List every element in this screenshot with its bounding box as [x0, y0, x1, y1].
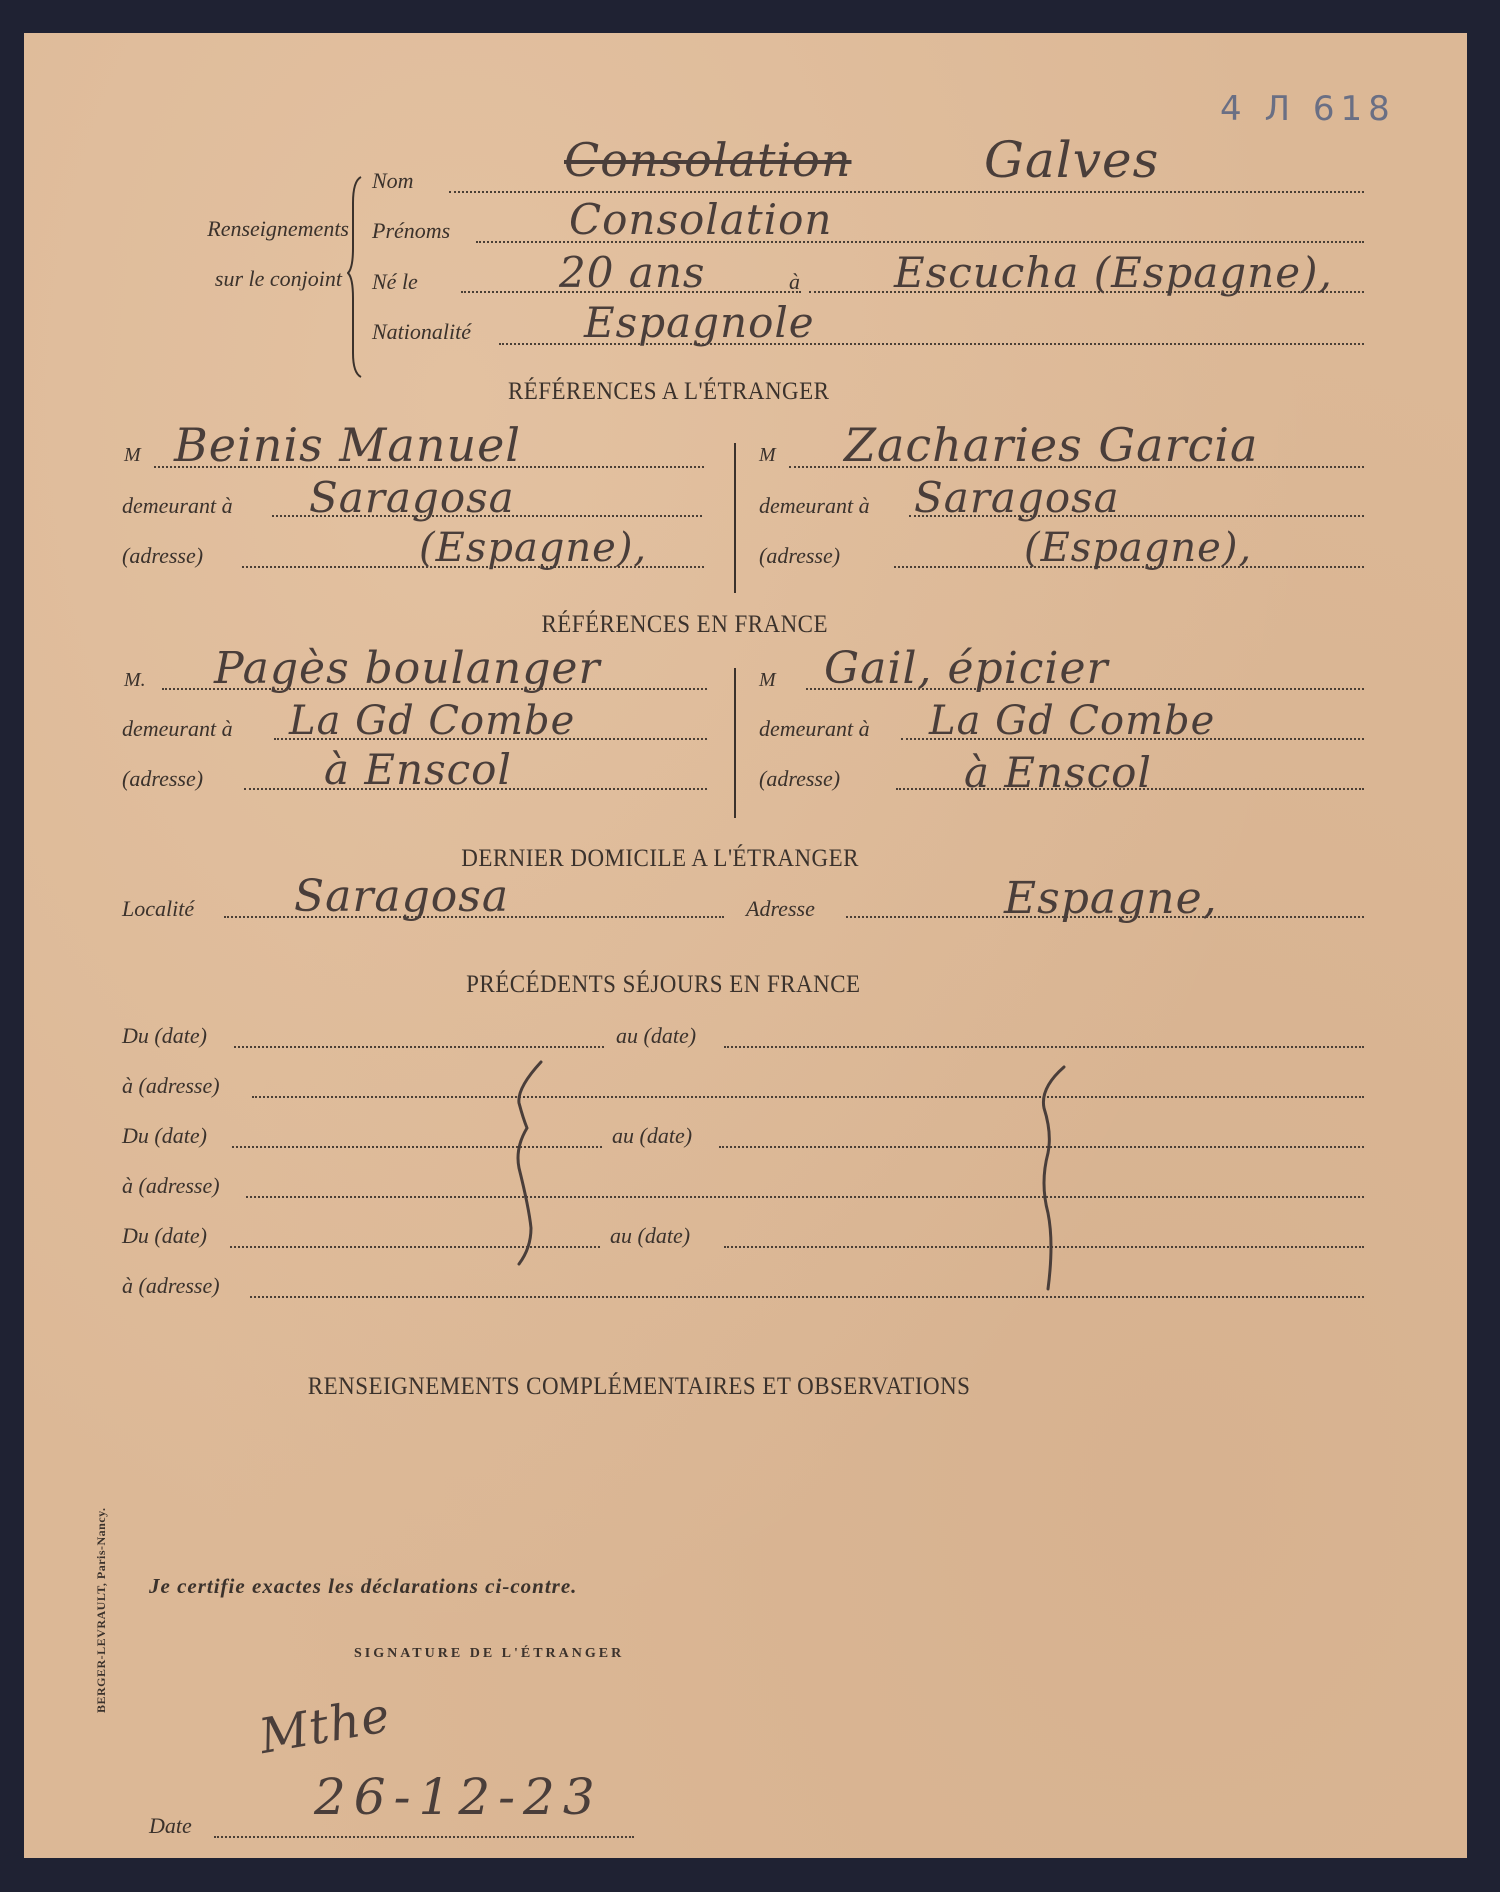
ref-fr-left-adresse-value: à Enscol [324, 745, 512, 794]
sejour-2-au-label: au (date) [612, 1123, 692, 1149]
domicile-adresse-value: Espagne, [1004, 873, 1218, 924]
lieu-a-label: à [789, 269, 800, 295]
nom-label: Nom [372, 168, 414, 194]
nationalite-label: Nationalité [372, 319, 471, 345]
ref-etr-right-adresse-label: (adresse) [759, 543, 840, 569]
ref-fr-left-adresse-label: (adresse) [122, 766, 203, 792]
sejour-1-au-line [724, 1046, 1364, 1048]
sejour-3-adresse-label: à (adresse) [122, 1273, 220, 1299]
ref-fr-left-demeurant-value: La Gd Combe [289, 698, 575, 744]
refs-france-divider [734, 668, 736, 818]
nationalite-value: Espagnole [584, 298, 815, 347]
localite-label: Localité [122, 896, 194, 922]
dernier-domicile-heading: DERNIER DOMICILE A L'ÉTRANGER [461, 845, 859, 873]
date-line [214, 1836, 634, 1838]
certification-text: Je certifie exactes les déclarations ci-… [149, 1574, 577, 1599]
sejour-1-adresse-line [252, 1096, 1364, 1098]
sejour-1-adresse-label: à (adresse) [122, 1073, 220, 1099]
ref-etr-left-demeurant-value: Saragosa [309, 473, 515, 522]
ref-etr-left-name: Beinis Manuel [174, 418, 521, 472]
sejour-3-adresse-line [250, 1296, 1364, 1298]
ref-etr-left-adresse-value: (Espagne), [419, 525, 647, 571]
nom-struck-value: Consolation [564, 133, 851, 187]
lieu-value: Escucha (Espagne), [894, 248, 1333, 297]
sejour-3-au-label: au (date) [610, 1223, 690, 1249]
conjoint-group-label-1: Renseignements [124, 216, 349, 242]
handwritten-left-brace-icon [509, 1058, 549, 1268]
date-label: Date [149, 1813, 192, 1839]
prenoms-label: Prénoms [372, 218, 450, 244]
ref-fr-right-m-label: M [759, 669, 776, 692]
sejours-heading: PRÉCÉDENTS SÉJOURS EN FRANCE [466, 971, 860, 999]
sejour-2-du-label: Du (date) [122, 1123, 207, 1149]
conjoint-brace-icon [347, 173, 367, 383]
ref-etr-right-demeurant-value: Saragosa [914, 473, 1120, 522]
sejour-2-adresse-line [246, 1196, 1364, 1198]
ref-fr-left-name: Pagès boulanger [214, 643, 601, 694]
nom-line [449, 191, 1364, 193]
refs-etranger-divider [734, 443, 736, 593]
nom-value: Galves [984, 131, 1159, 189]
ref-etr-right-demeurant-label: demeurant à [759, 493, 870, 519]
ref-fr-right-adresse-label: (adresse) [759, 766, 840, 792]
date-value: 26-12-23 [314, 1768, 603, 1826]
ref-etr-right-adresse-value: (Espagne), [1024, 525, 1252, 571]
sejour-3-du-label: Du (date) [122, 1223, 207, 1249]
ref-fr-left-demeurant-label: demeurant à [122, 716, 233, 742]
sejour-1-du-line [234, 1046, 604, 1048]
ref-fr-right-demeurant-label: demeurant à [759, 716, 870, 742]
ne-le-value: 20 ans [559, 248, 705, 297]
archive-number: 4 Л 618 [1220, 89, 1396, 129]
signature-value: Mthe [255, 1687, 394, 1765]
refs-france-heading: RÉFÉRENCES EN FRANCE [541, 611, 828, 639]
refs-etranger-heading: RÉFÉRENCES A L'ÉTRANGER [508, 378, 829, 406]
ne-le-label: Né le [372, 269, 418, 295]
localite-value: Saragosa [294, 871, 509, 922]
ref-etr-left-m-label: M [124, 444, 141, 467]
sejour-2-adresse-label: à (adresse) [122, 1173, 220, 1199]
signature-heading: SIGNATURE DE L'ÉTRANGER [354, 1646, 624, 1662]
ref-fr-right-demeurant-value: La Gd Combe [929, 698, 1215, 744]
ref-etr-right-m-label: M [759, 444, 776, 467]
conjoint-group-label-2: sur le conjoint [124, 266, 342, 292]
prenoms-value: Consolation [569, 195, 832, 244]
ref-fr-right-adresse-value: à Enscol [964, 748, 1152, 797]
observations-heading: RENSEIGNEMENTS COMPLÉMENTAIRES ET OBSERV… [308, 1373, 971, 1401]
ref-etr-right-name: Zacharies Garcia [844, 418, 1258, 472]
printer-credit: BERGER-LEVRAULT, Paris-Nancy. [94, 1507, 109, 1713]
ref-fr-right-name: Gail, épicier [824, 643, 1109, 694]
ref-etr-left-demeurant-label: demeurant à [122, 493, 233, 519]
handwritten-right-brace-icon [1034, 1063, 1074, 1293]
domicile-adresse-label: Adresse [746, 896, 815, 922]
sejour-1-du-label: Du (date) [122, 1023, 207, 1049]
sejour-1-au-label: au (date) [616, 1023, 696, 1049]
ref-etr-left-adresse-label: (adresse) [122, 543, 203, 569]
registration-form-page: 4 Л 618 Renseignements sur le conjoint N… [24, 33, 1467, 1858]
ref-fr-left-m-label: M. [124, 669, 146, 692]
